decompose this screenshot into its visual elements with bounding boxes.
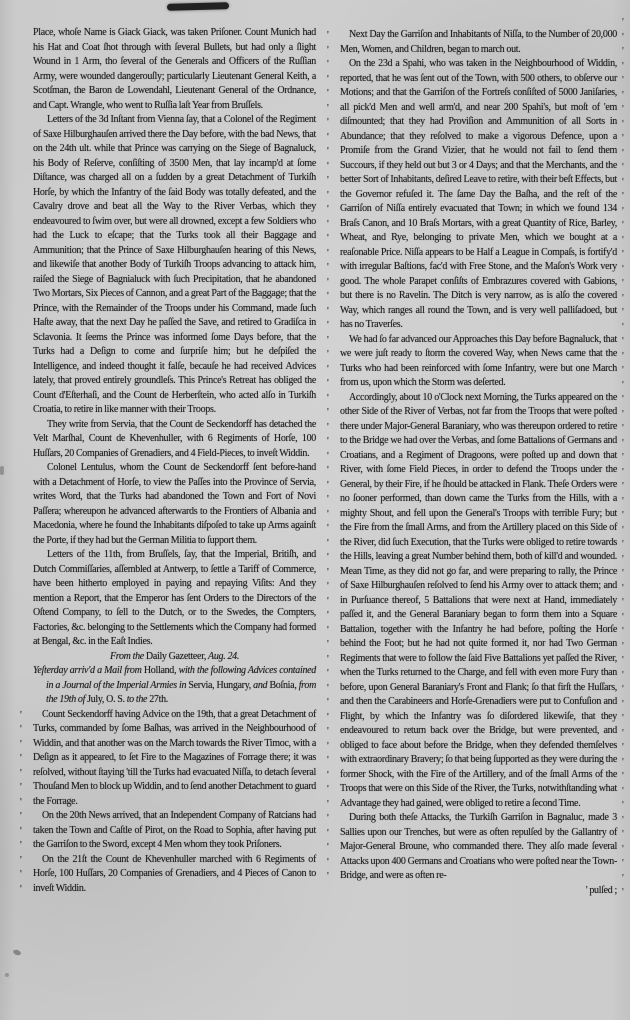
roman-text: 27th. xyxy=(149,694,168,705)
paragraph: Letters of the 3d Inſtant from Vienna ſa… xyxy=(33,113,316,418)
italic-text: Yeſterday arriv'd a Mail from xyxy=(33,665,144,676)
roman-text: July, O. S. xyxy=(87,694,125,705)
ink-speck xyxy=(0,466,4,475)
left-column: Place, whoſe Name is Giack Giack, was ta… xyxy=(33,26,316,896)
quote-marks-gutter: ' ' ' xyxy=(20,810,22,854)
paragraph: During both theſe Attacks, the Turkiſh G… xyxy=(340,811,617,884)
italic-text: Aug. 24. xyxy=(208,651,239,662)
quote-marks-gutter: ' ' ' ' xyxy=(327,334,329,392)
paragraph: Colonel Lentulus, whom the Count de Seck… xyxy=(33,461,316,548)
paragraph: Place, whoſe Name is Giack Giack, was ta… xyxy=(33,26,316,113)
paragraph: On the 20th News arrived, that an Indepe… xyxy=(33,809,316,853)
newspaper-page: Place, whoſe Name is Giack Giack, was ta… xyxy=(0,0,630,1020)
paragraph: Yeſterday arriv'd a Mail from Holland, w… xyxy=(33,664,316,708)
quote-marks-gutter: ' ' xyxy=(327,29,329,58)
italic-text: to the xyxy=(125,694,150,705)
ink-speck xyxy=(12,949,21,956)
quote-marks-gutter: ' ' ' ' ' ' ' ' ' ' ' ' ' ' ' ' ' ' ' xyxy=(327,58,329,334)
paragraph: They write from Servia, that the Count d… xyxy=(33,418,316,462)
paragraph: Count Seckendorff having Advice on the 1… xyxy=(33,708,316,810)
paragraph: ' pulſed ; xyxy=(340,884,617,899)
paragraph: Accordingly, about 10 o'Clock next Morni… xyxy=(340,391,617,812)
ink-speck xyxy=(5,973,9,977)
quote-marks-gutter: ' ' ' xyxy=(20,854,22,898)
quote-marks-gutter: ' ' ' ' ' xyxy=(327,812,329,885)
roman-text: Boſnia xyxy=(269,680,294,691)
paragraph: On the 23d a Spahi, who was taken in the… xyxy=(340,57,617,333)
quote-marks-gutter: ' ' ' ' ' ' ' ' ' ' ' ' ' ' ' ' ' ' ' ' … xyxy=(327,392,329,813)
paragraph: Letters of the 11th, from Bruſſels, ſay,… xyxy=(33,548,316,650)
paragraph: Next Day the Garriſon and Inhabitants of… xyxy=(340,28,617,57)
paragraph: From the Daily Gazetteer, Aug. 24. xyxy=(33,650,316,665)
right-column: Next Day the Garriſon and Inhabitants of… xyxy=(340,28,617,898)
roman-text: Holland xyxy=(144,665,174,676)
roman-text: Daily Gazetteer, xyxy=(146,651,208,662)
italic-text: and xyxy=(251,680,269,691)
page-edge-quote-marks: ' ' ' ' ' ' ' ' ' ' ' ' ' ' ' ' ' ' ' ' … xyxy=(622,16,624,901)
ink-smudge xyxy=(167,2,229,11)
quote-marks-gutter: ' ' ' ' ' ' ' xyxy=(20,709,22,811)
roman-text: Servia, Hungary, xyxy=(188,680,251,691)
paragraph: We had ſo far advanced our Approaches th… xyxy=(340,333,617,391)
paragraph: On the 21ſt the Count de Khevenhuller ma… xyxy=(33,853,316,897)
italic-text: From the xyxy=(110,651,146,662)
